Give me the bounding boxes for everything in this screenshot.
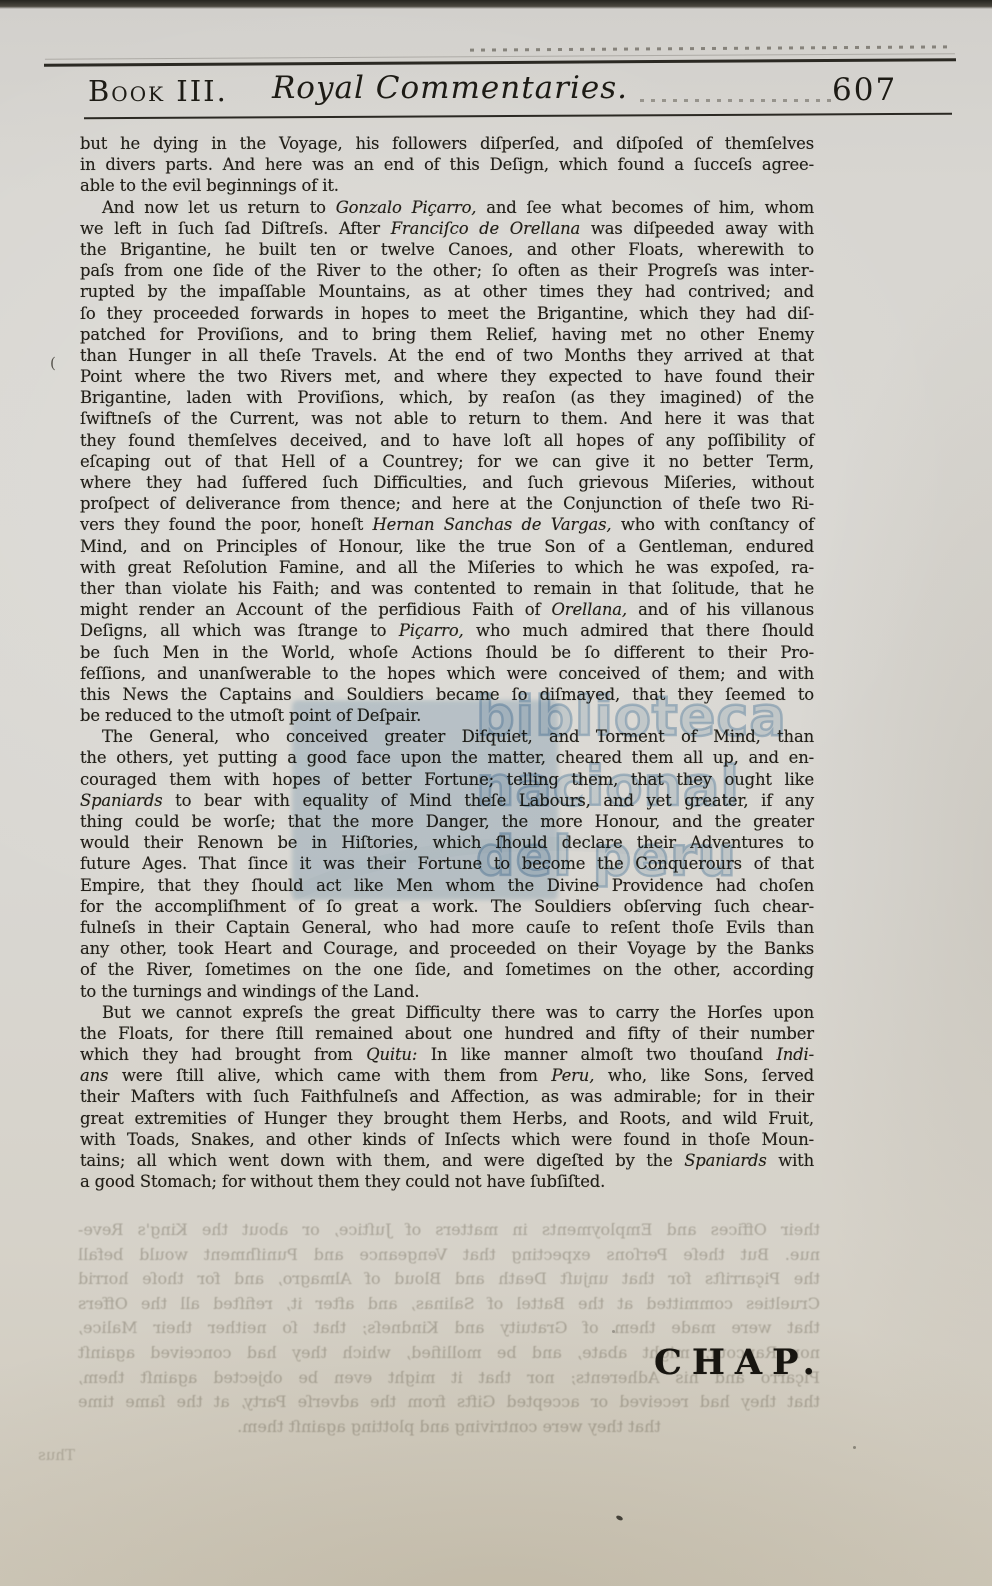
paragraph: but he dying in the Voyage, his follower… (80, 133, 814, 197)
text-line: in divers parts. And here was an end of … (80, 154, 814, 175)
text-segment: to the turnings and windings of the Land… (80, 982, 419, 1001)
bleedthrough-line: the Piçarriſts for that unjuſt Death and… (78, 1267, 820, 1292)
text-line: we left in ſuch ſad Diſtreſs. After Fran… (80, 218, 814, 239)
text-segment: Mind, and on Principles of Honour, like … (80, 537, 814, 556)
text-line: The General, who conceived greater Diſqu… (80, 726, 814, 747)
text-segment: who, like Sons, ſerved (594, 1066, 814, 1085)
text-segment: Point where the two Rivers met, and wher… (80, 367, 814, 386)
text-line: Point where the two Rivers met, and wher… (80, 366, 814, 387)
header-rule-top (44, 58, 956, 67)
text-segment: feſſions, and unanſwerable to the hopes … (80, 664, 814, 683)
text-segment: who much admired that there ſhould (464, 621, 814, 640)
text-line: tains; all which went down with them, an… (80, 1150, 814, 1171)
text-line: able to the evil beginnings of it. (80, 175, 814, 196)
text-segment: The General, who conceived greater Diſqu… (102, 727, 814, 746)
text-segment: but he dying in the Voyage, his follower… (80, 134, 814, 153)
text-line: ans were ſtill alive, which came with th… (80, 1065, 814, 1086)
scanned-book-page: Book III. Royal Commentaries. 607 but he… (0, 0, 992, 1586)
text-line: feſſions, and unanſwerable to the hopes … (80, 663, 814, 684)
text-segment: were ſtill alive, which came with them f… (108, 1066, 551, 1085)
text-line: with great Reſolution Famine, and all th… (80, 557, 814, 578)
italic-text-segment: Piçarro, (399, 621, 464, 640)
paragraph: The General, who conceived greater Diſqu… (80, 726, 814, 1001)
bleedthrough-line: Cruelties committed at the Battel of Sal… (78, 1292, 820, 1317)
text-segment: fulneſs in their Captain General, who ha… (80, 918, 814, 937)
text-line: But we cannot expreſs the great Difficul… (80, 1002, 814, 1023)
text-segment: Brigantine, laden with Proviſions, which… (80, 388, 814, 407)
text-segment: and of his villanous (627, 600, 814, 619)
text-line: ther than violate his Faith; and was con… (80, 578, 814, 599)
bleed-dotted-line (470, 45, 950, 51)
text-line: paſs from one ſide of the River to the o… (80, 260, 814, 281)
margin-mark: ( (50, 354, 56, 372)
text-line: the Floats, for there ſtill remained abo… (80, 1023, 814, 1044)
text-segment: might render an Account of the perfidiou… (80, 600, 552, 619)
text-line: great extremities of Hunger they brought… (80, 1108, 814, 1129)
scan-top-edge (0, 0, 992, 9)
text-segment: ther than violate his Faith; and was con… (80, 579, 814, 598)
text-segment: this News the Captains and Souldiers bec… (80, 685, 814, 704)
text-segment: they found themſelves deceived, and to h… (80, 431, 814, 450)
text-line: to the turnings and windings of the Land… (80, 981, 814, 1002)
text-line: with Toads, Snakes, and other kinds of I… (80, 1129, 814, 1150)
italic-text-segment: Franciſco de Orellana (391, 219, 580, 238)
bleedthrough-line: that they were contriving and plotting a… (78, 1415, 820, 1440)
text-line: thing could be worſe; that the more Dang… (80, 811, 814, 832)
text-segment: was diſpeeded away with (580, 219, 814, 238)
italic-text-segment: Hernan Sanchas de Vargas, (373, 515, 612, 534)
text-line: where they had ſuffered ſuch Difficultie… (80, 472, 814, 493)
text-line: they found themſelves deceived, and to h… (80, 430, 814, 451)
paragraph: But we cannot expreſs the great Difficul… (80, 1002, 814, 1193)
text-segment: future Ages. That ſince it was their For… (80, 854, 814, 873)
paper-speck (615, 1515, 623, 1522)
text-line: of the River, ſometimes on the one ſide,… (80, 959, 814, 980)
text-segment: the others, yet putting a good face upon… (80, 748, 814, 767)
bleedthrough-line: that were made them of Gratuity and Kind… (78, 1316, 820, 1341)
text-line: than Hunger in all theſe Travels. At the… (80, 345, 814, 366)
text-line: which they had brought from Quitu: In li… (80, 1044, 814, 1065)
text-line: eſcaping out of that Hell of a Countrey;… (80, 451, 814, 472)
text-line: the others, yet putting a good face upon… (80, 747, 814, 768)
text-line: be ſuch Men in the World, whoſe Actions … (80, 642, 814, 663)
text-segment: with (767, 1151, 814, 1170)
text-line: vers they found the poor, honeſt Hernan … (80, 514, 814, 535)
text-segment: which they had brought from (80, 1045, 366, 1064)
text-segment: Deſigns, all which was ſtrange to (80, 621, 399, 640)
text-segment: eſcaping out of that Hell of a Countrey;… (80, 452, 814, 471)
text-line: Deſigns, all which was ſtrange to Piçarr… (80, 620, 814, 641)
italic-text-segment: Peru, (551, 1066, 594, 1085)
italic-text-segment: Orellana, (552, 600, 627, 619)
catchword-chap: CHAP. (654, 1342, 825, 1383)
text-line: the Brigantine, he built ten or twelve C… (80, 239, 814, 260)
text-line: Empire, that they ſhould act like Men wh… (80, 875, 814, 896)
text-segment: Empire, that they ſhould act like Men wh… (80, 876, 814, 895)
text-line: be reduced to the utmoſt point of Deſpai… (80, 705, 814, 726)
bleedthrough-line: their Offices and Employments in matters… (78, 1218, 820, 1243)
text-segment: great extremities of Hunger they brought… (80, 1109, 814, 1128)
body-text: but he dying in the Voyage, his follower… (80, 133, 814, 1192)
text-segment: with great Reſolution Famine, and all th… (80, 558, 814, 577)
text-segment: in divers parts. And here was an end of … (80, 155, 814, 174)
text-line: might render an Account of the perfidiou… (80, 599, 814, 620)
text-segment: we left in ſuch ſad Diſtreſs. After (80, 219, 391, 238)
text-segment: of the River, ſometimes on the one ſide,… (80, 960, 814, 979)
italic-text-segment: Gonzalo Piçarro, (336, 198, 477, 217)
text-line: And now let us return to Gonzalo Piçarro… (80, 197, 814, 218)
paper-speck (853, 1446, 856, 1449)
text-line: ſwiftneſs of the Current, was not able t… (80, 408, 814, 429)
text-segment: be ſuch Men in the World, whoſe Actions … (80, 643, 814, 662)
text-line: Brigantine, laden with Proviſions, which… (80, 387, 814, 408)
text-segment: And now let us return to (102, 198, 336, 217)
italic-text-segment: Spaniards (80, 791, 162, 810)
text-segment: for the accompliſhment of ſo great a wor… (80, 897, 814, 916)
header-dotted-marks (640, 99, 835, 102)
text-segment: would their Renown be in Hiſtories, whic… (80, 833, 814, 852)
text-segment: paſs from one ſide of the River to the o… (80, 261, 814, 280)
text-line: ſo they proceeded forwards in hopes to m… (80, 303, 814, 324)
text-segment: who with conſtancy of (611, 515, 814, 534)
bleedthrough-line: nue. But theſe Perſons expecting that Ve… (78, 1243, 820, 1268)
italic-text-segment: Spaniards (684, 1151, 766, 1170)
text-segment: thing could be worſe; that the more Dang… (80, 812, 814, 831)
text-segment: proſpect of deliverance from thence; and… (80, 494, 814, 513)
text-segment: their Maſters with ſuch Faithfulneſs and… (80, 1087, 814, 1106)
bleedthrough-catchword: Thus (38, 1446, 75, 1464)
text-segment: patched for Proviſions, and to bring the… (80, 325, 814, 344)
text-line: future Ages. That ſince it was their For… (80, 853, 814, 874)
text-segment: the Brigantine, he built ten or twelve C… (80, 240, 814, 259)
text-line: fulneſs in their Captain General, who ha… (80, 917, 814, 938)
text-segment: able to the evil beginnings of it. (80, 176, 339, 195)
text-segment: But we cannot expreſs the great Difficul… (102, 1003, 814, 1022)
text-line: Mind, and on Principles of Honour, like … (80, 536, 814, 557)
text-segment: with Toads, Snakes, and other kinds of I… (80, 1130, 814, 1149)
text-line: their Maſters with ſuch Faithfulneſs and… (80, 1086, 814, 1107)
paragraph: And now let us return to Gonzalo Piçarro… (80, 197, 814, 727)
text-line: this News the Captains and Souldiers bec… (80, 684, 814, 705)
text-line: proſpect of deliverance from thence; and… (80, 493, 814, 514)
text-segment: and ſee what becomes of him, whom (476, 198, 814, 217)
page-number: 607 (832, 72, 897, 108)
text-segment: to bear with equality of Mind theſe Labo… (162, 791, 814, 810)
text-segment: ſo they proceeded forwards in hopes to m… (80, 304, 814, 323)
header-rule-bottom (84, 113, 952, 120)
text-line: for the accompliſhment of ſo great a wor… (80, 896, 814, 917)
text-line: Spaniards to bear with equality of Mind … (80, 790, 814, 811)
text-line: patched for Proviſions, and to bring the… (80, 324, 814, 345)
text-segment: couraged them with hopes of better Fortu… (80, 770, 814, 789)
italic-text-segment: Indi- (776, 1045, 814, 1064)
text-segment: where they had ſuffered ſuch Difficultie… (80, 473, 814, 492)
text-segment: the Floats, for there ſtill remained abo… (80, 1024, 814, 1043)
text-line: rupted by the impaſſable Mountains, as a… (80, 281, 814, 302)
text-line: couraged them with hopes of better Fortu… (80, 769, 814, 790)
italic-text-segment: ans (80, 1066, 108, 1085)
book-label: Book III. (88, 74, 228, 108)
text-line: but he dying in the Voyage, his follower… (80, 133, 814, 154)
text-segment: ſwiftneſs of the Current, was not able t… (80, 409, 814, 428)
italic-text-segment: Quitu: (366, 1045, 417, 1064)
text-segment: a good Stomach; for without them they co… (80, 1172, 605, 1191)
text-line: a good Stomach; for without them they co… (80, 1171, 814, 1192)
running-title: Royal Commentaries. (250, 70, 650, 106)
bleedthrough-text: their Offices and Employments in matters… (78, 1218, 820, 1439)
text-segment: tains; all which went down with them, an… (80, 1151, 684, 1170)
text-segment: rupted by the impaſſable Mountains, as a… (80, 282, 814, 301)
text-line: would their Renown be in Hiſtories, whic… (80, 832, 814, 853)
text-segment: any other, took Heart and Courage, and p… (80, 939, 814, 958)
bleedthrough-line: that they had received or accepted Gifts… (78, 1390, 820, 1415)
text-segment: In like manner almoſt two thouſand (417, 1045, 776, 1064)
text-segment: than Hunger in all theſe Travels. At the… (80, 346, 814, 365)
text-line: any other, took Heart and Courage, and p… (80, 938, 814, 959)
text-segment: be reduced to the utmoſt point of Deſpai… (80, 706, 421, 725)
text-segment: vers they found the poor, honeſt (80, 515, 373, 534)
